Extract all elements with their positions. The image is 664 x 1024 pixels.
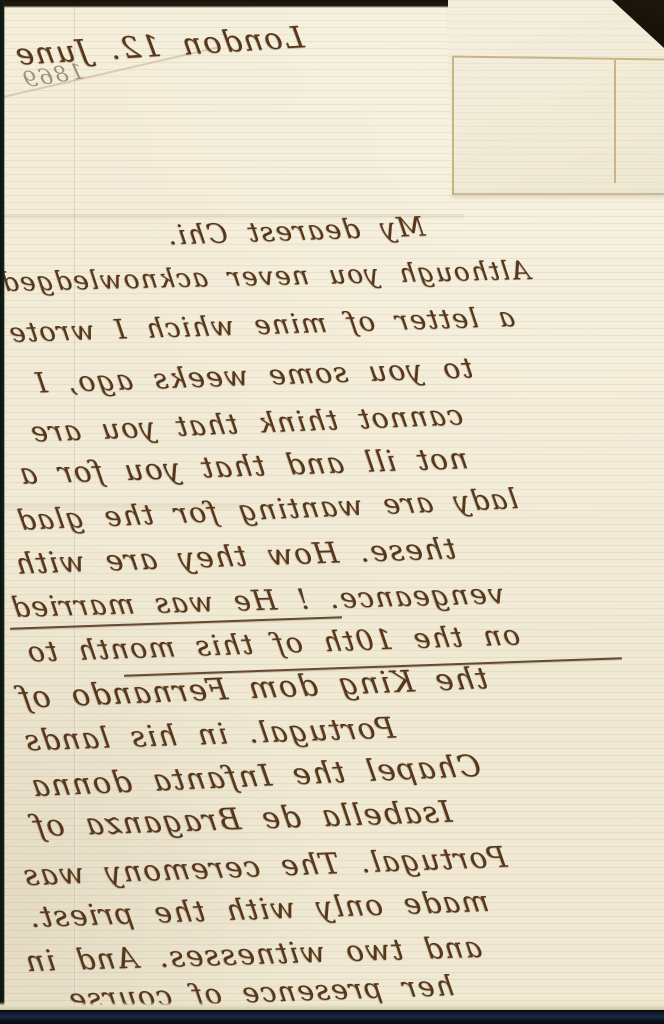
background-top-edge	[0, 0, 448, 8]
overlay-fold-line-left	[452, 57, 454, 194]
body-line: a letter of mine which I wrote	[6, 304, 516, 347]
background-left-edge	[0, 0, 5, 1024]
body-line: these. How they are with	[12, 534, 458, 578]
letter-photograph: London 12. June 1869 My dearest Chi. Alt…	[0, 0, 664, 1024]
body-line: Isabella de Braganza of	[30, 798, 454, 843]
overlay-fold-line-right	[614, 60, 616, 183]
salutation-line: My dearest Chi.	[164, 214, 426, 250]
body-line: Chapel the Infanta donna	[28, 752, 483, 802]
body-line: cannot think that you are	[28, 401, 465, 446]
body-line: made only with the priest.	[26, 887, 491, 932]
body-line-underlined: on the 10th of this month to	[24, 621, 521, 666]
body-line: to you some weeks ago, I	[32, 354, 474, 397]
body-line: not ill and that you for a	[16, 444, 469, 489]
body-line: Although you never acknowledged	[0, 258, 531, 296]
body-line: lady are wanting for the glad	[14, 485, 520, 535]
body-line: Portugal. The ceremony was	[20, 843, 508, 890]
overlay-sheet-bottom-edge	[452, 193, 664, 195]
body-line: Portugal. in his lands	[22, 714, 397, 756]
background-bottom-edge	[0, 1010, 664, 1024]
body-line-underlined: vengeance. ! He was married	[8, 580, 505, 622]
